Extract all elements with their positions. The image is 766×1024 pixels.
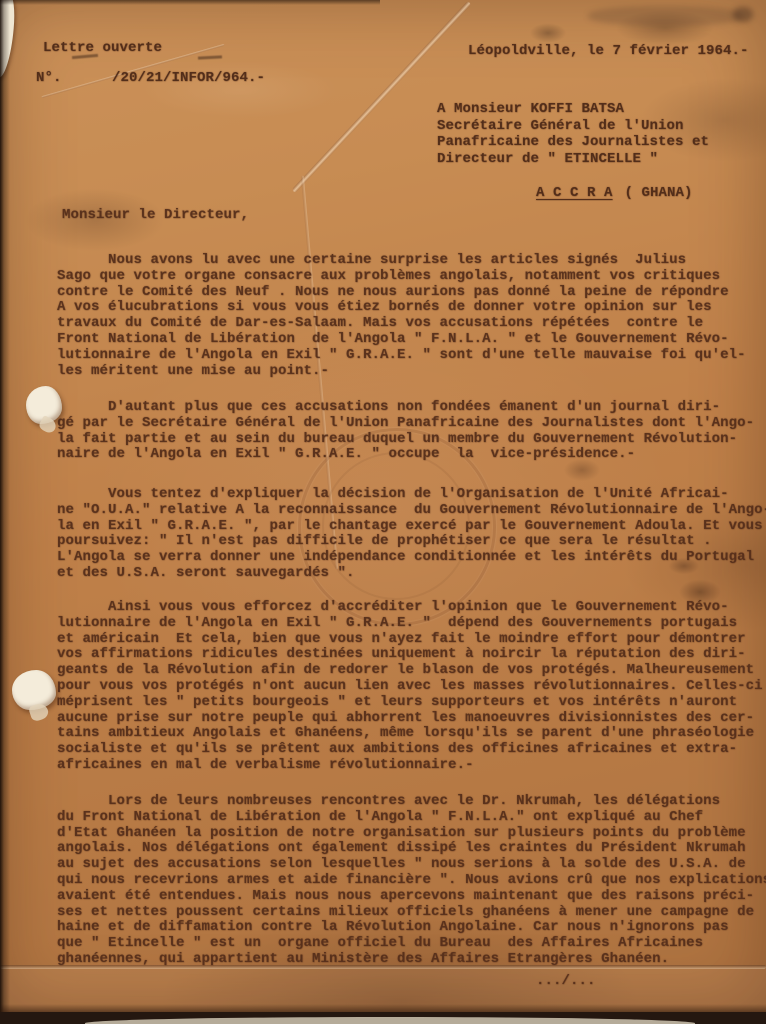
- ink-speck-top-right: [733, 7, 753, 22]
- body-paragraph-3: Vous tentez d'expliquer la décision de l…: [57, 487, 766, 582]
- salutation: Monsieur le Directeur,: [62, 208, 249, 224]
- body-paragraph-5: Lors de leurs nombreuses rencontres avec…: [57, 794, 766, 968]
- paper-bottom-edge-shadow: [0, 1004, 766, 1012]
- ref-prefix: N°.: [36, 71, 62, 87]
- faint-stamp-smudge: [588, 6, 743, 26]
- recipient-city-line: A C C R A( GHANA): [502, 170, 693, 217]
- scanned-letter-page: Lettre ouverte N°. /20/21/INFOR/964.- Lé…: [0, 0, 766, 1012]
- body-paragraph-4: Ainsi vous vous efforcez d'accréditer l'…: [57, 600, 763, 774]
- body-paragraph-2: D'autant plus que ces accusations non fo…: [57, 400, 754, 463]
- body-paragraph-1: Nous avons lu avec une certaine surprise…: [57, 253, 746, 379]
- pen-mark-2: [198, 55, 222, 59]
- recipient-city: A C C R A: [536, 185, 613, 201]
- ref-number: /20/21/INFOR/964.-: [112, 71, 265, 87]
- recipient-country: ( GHANA): [625, 185, 693, 201]
- recipient-address: A Monsieur KOFFI BATSA Secrétaire Généra…: [437, 101, 709, 167]
- dateline: Léopoldville, le 7 février 1964.-: [468, 44, 749, 60]
- continuation-mark: .../...: [536, 974, 596, 990]
- scan-edge-top: [0, 0, 380, 5]
- scan-edge-left: [0, 0, 10, 1012]
- doc-type-label: Lettre ouverte: [43, 41, 162, 57]
- scanner-background-sliver: [85, 1017, 695, 1024]
